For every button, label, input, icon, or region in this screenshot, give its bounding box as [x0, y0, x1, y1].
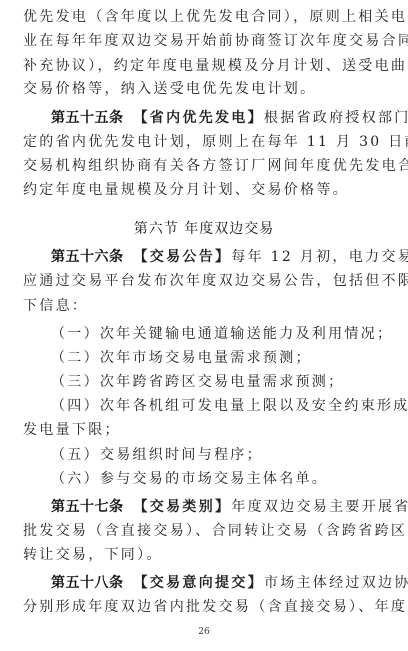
- page-number: 26: [0, 627, 408, 637]
- article-text: 年度双边交易主要开展省内: [231, 499, 408, 515]
- body-text-line: 补充协议），约定年度电量规模及分月计划、送受电曲线、: [23, 57, 387, 75]
- body-text-line: 优先发电（含年度以上优先发电合同），原则上相关电力企: [23, 8, 387, 26]
- list-item: （四）次年各机组可发电量上限以及安全约束形成的必: [51, 397, 387, 415]
- list-item-continuation: 发电量下限；: [23, 421, 387, 439]
- body-text-line: 转让交易，下同）。: [23, 546, 387, 564]
- body-text-line: 交易机构组织协商有关各方签订厂网间年度优先发电合同，: [23, 157, 387, 175]
- article-text: 每年 12 月初，电力交易机构: [231, 249, 408, 265]
- article-58-first-line: 第五十八条【交易意向提交】市场主体经过双边协商: [51, 574, 387, 592]
- body-text-line: 应通过交易平台发布次年度双边交易公告，包括但不限于以: [23, 272, 387, 290]
- body-text-line: 分别形成年度双边省内批发交易（含直接交易）、年度双边: [23, 598, 387, 616]
- list-item: （六）参与交易的市场交易主体名单。: [51, 470, 387, 488]
- body-text-line: 下信息：: [23, 297, 387, 315]
- article-55-first-line: 第五十五条【省内优先发电】根据省政府授权部门确: [51, 109, 387, 127]
- article-title: 【交易类别】: [134, 499, 232, 515]
- article-57-first-line: 第五十七条【交易类别】年度双边交易主要开展省内: [51, 498, 387, 516]
- article-number: 第五十六条: [51, 249, 124, 265]
- list-item: （三）次年跨省跨区交易电量需求预测；: [51, 373, 387, 391]
- article-text: 根据省政府授权部门确: [264, 110, 408, 126]
- document-page: 优先发电（含年度以上优先发电合同），原则上相关电力企 业在每年年度双边交易开始前…: [0, 0, 408, 651]
- article-title: 【省内优先发电】: [134, 110, 264, 126]
- body-text-line: 批发交易（含直接交易）、合同转让交易（含跨省跨区合同: [23, 522, 387, 540]
- article-title: 【交易意向提交】: [134, 575, 264, 591]
- article-number: 第五十五条: [51, 110, 124, 126]
- body-text-line: 业在每年年度双边交易开始前协商签订次年度交易合同（含: [23, 32, 387, 50]
- article-text: 市场主体经过双边协商: [264, 575, 408, 591]
- body-text-line: 交易价格等，纳入送受电优先发电计划。: [23, 80, 387, 98]
- article-title: 【交易公告】: [134, 249, 232, 265]
- list-item: （二）次年市场交易电量需求预测；: [51, 349, 387, 367]
- section-heading: 第六节 年度双边交易: [0, 220, 408, 238]
- list-item: （五）交易组织时间与程序；: [51, 446, 387, 464]
- article-56-first-line: 第五十六条【交易公告】每年 12 月初，电力交易机构: [51, 248, 387, 266]
- body-text-line: 约定年度电量规模及分月计划、交易价格等。: [23, 181, 387, 199]
- article-number: 第五十七条: [51, 499, 124, 515]
- article-number: 第五十八条: [51, 575, 124, 591]
- body-text-line: 定的省内优先发电计划，原则上在每年 11 月 30 日前，电力: [23, 133, 387, 151]
- list-item: （一）次年关键输电通道输送能力及利用情况；: [51, 325, 387, 343]
